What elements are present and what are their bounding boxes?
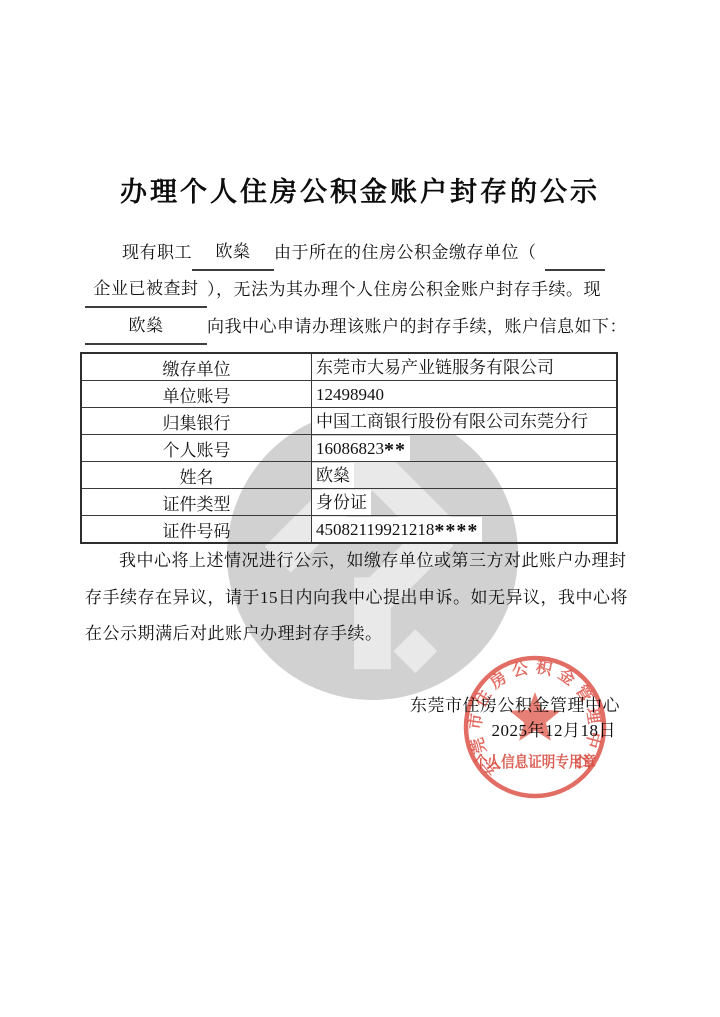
table-row: 个人账号 16086823**	[81, 435, 617, 462]
intro-paragraph: 现有职工欧燊由于所在的住房公积金缴存单位（ 企业已被查封），无法为其办理个人住房…	[85, 234, 645, 345]
official-seal: 东莞市住房公积金管理中心 个人信息证明专用章	[455, 647, 615, 807]
intro-line-2: 企业已被查封），无法为其办理个人住房公积金账户封存手续。现	[85, 271, 645, 308]
intro-mid: 由于所在的住房公积金缴存单位（	[274, 243, 537, 262]
seal-stamp-icon: 东莞市住房公积金管理中心 个人信息证明专用章	[455, 647, 615, 807]
account-info-table: 缴存单位 东莞市大易产业链服务有限公司 单位账号 12498940 归集银行 中…	[80, 352, 618, 544]
table-row: 归集银行 中国工商银行股份有限公司东莞分行	[81, 408, 617, 435]
intro-line2-text: ），无法为其办理个人住房公积金账户封存手续。现	[207, 280, 601, 299]
row-value: 欧燊	[312, 462, 618, 489]
row-label: 证件号码	[81, 516, 312, 544]
row-value: 身份证	[312, 489, 618, 516]
seal-bottom-text: 个人信息证明专用章	[474, 752, 596, 771]
notice-line-2: 存手续存在异议，请于15日内向我中心提出申诉。如无异议，我中心将	[85, 580, 630, 617]
row-label: 姓名	[81, 462, 312, 489]
table-row: 证件类型 身份证	[81, 489, 617, 516]
row-label: 单位账号	[81, 381, 312, 408]
table-row: 缴存单位 东莞市大易产业链服务有限公司	[81, 353, 617, 381]
reason-blank: 企业已被查封	[85, 274, 207, 308]
row-value: 中国工商银行股份有限公司东莞分行	[312, 408, 618, 435]
applicant-name-blank: 欧燊	[85, 311, 207, 345]
row-label: 证件类型	[81, 489, 312, 516]
notice-paragraph: 我中心将上述情况进行公示，如缴存单位或第三方对此账户办理封 存手续存在异议，请于…	[85, 543, 630, 653]
masked-digits: **	[384, 439, 406, 461]
row-value: 12498940	[312, 381, 618, 408]
intro-line-1: 现有职工欧燊由于所在的住房公积金缴存单位（	[85, 234, 645, 271]
intro-prefix: 现有职工	[122, 243, 192, 262]
seal-star-icon	[509, 692, 560, 741]
reason-blank-start	[545, 237, 605, 271]
row-value: 45082119921218****	[312, 516, 618, 544]
notice-line-1: 我中心将上述情况进行公示，如缴存单位或第三方对此账户办理封	[85, 543, 630, 580]
row-label: 个人账号	[81, 435, 312, 462]
table-row: 证件号码 45082119921218****	[81, 516, 617, 544]
row-label: 缴存单位	[81, 353, 312, 381]
page-title: 办理个人住房公积金账户封存的公示	[0, 170, 720, 209]
intro-line3-text: 向我中心申请办理该账户的封存手续，账户信息如下：	[207, 317, 627, 336]
notice-document: 办理个人住房公积金账户封存的公示 现有职工欧燊由于所在的住房公积金缴存单位（ 企…	[0, 0, 720, 1017]
masked-digits: ****	[434, 520, 478, 542]
intro-line-3: 欧燊向我中心申请办理该账户的封存手续，账户信息如下：	[85, 308, 645, 345]
table-row: 姓名 欧燊	[81, 462, 617, 489]
row-label: 归集银行	[81, 408, 312, 435]
row-value: 东莞市大易产业链服务有限公司	[312, 353, 618, 381]
row-value: 16086823**	[312, 435, 618, 462]
employee-name-blank: 欧燊	[192, 237, 274, 271]
table-row: 单位账号 12498940	[81, 381, 617, 408]
